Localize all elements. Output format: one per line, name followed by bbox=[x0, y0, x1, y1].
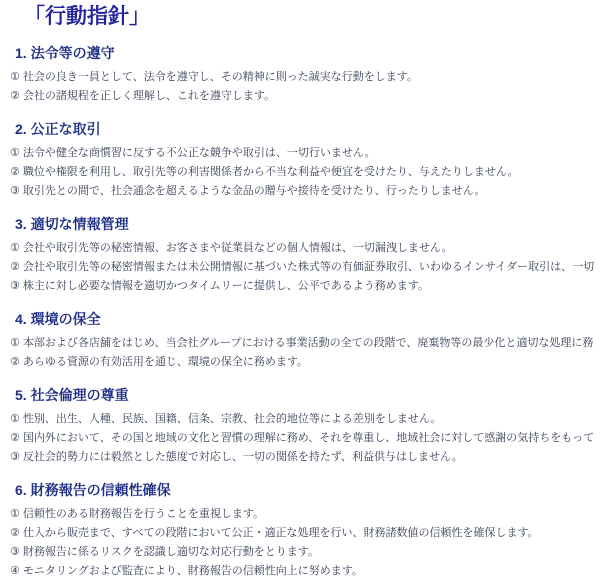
action-guidelines-page: 「行動指針」 1. 法令等の遵守 ① 社会の良き一員として、法令を遵守し、その精… bbox=[0, 0, 600, 583]
section-information-management: 3. 適切な情報管理 ① 会社や取引先等の秘密情報、お客さまや従業員などの個人情… bbox=[10, 217, 594, 296]
guideline-item: ④ モニタリングおよび監査により、財務報告の信頼性向上に努めます。 bbox=[10, 562, 594, 581]
section-heading: 4. 環境の保全 bbox=[15, 312, 594, 327]
guideline-item: ③ 取引先との間で、社会通念を超えるような金品の贈与や接待を受けたり、行ったりし… bbox=[10, 182, 594, 201]
section-legal-compliance: 1. 法令等の遵守 ① 社会の良き一員として、法令を遵守し、その精神に則った誠実… bbox=[10, 46, 594, 106]
page-title: 「行動指針」 bbox=[24, 4, 594, 30]
guideline-item: ② 職位や権限を利用し、取引先等の利害関係者から不当な利益や便宜を受けたり、与え… bbox=[10, 163, 594, 182]
section-heading: 5. 社会倫理の尊重 bbox=[15, 388, 594, 403]
guideline-item: ① 本部および各店舗をはじめ、当会社グループにおける事業活動の全ての段階で、廃棄… bbox=[10, 334, 594, 353]
guideline-item: ② 会社や取引先等の秘密情報または未公開情報に基づいた株式等の有価証券取引、いわ… bbox=[10, 258, 594, 277]
section-heading: 2. 公正な取引 bbox=[15, 122, 594, 137]
guideline-item: ③ 反社会的勢力には毅然とした態度で対応し、一切の関係を持たず、利益供与はしませ… bbox=[10, 448, 594, 467]
section-social-ethics: 5. 社会倫理の尊重 ① 性別、出生、人種、民族、国籍、信条、宗教、社会的地位等… bbox=[10, 388, 594, 467]
guideline-item: ② 国内外において、その国と地域の文化と習慣の理解に務め、それを尊重し、地域社会… bbox=[10, 429, 594, 448]
section-heading: 3. 適切な情報管理 bbox=[15, 217, 594, 232]
guideline-item: ① 社会の良き一員として、法令を遵守し、その精神に則った誠実な行動をします。 bbox=[10, 68, 594, 87]
section-environment: 4. 環境の保全 ① 本部および各店舗をはじめ、当会社グループにおける事業活動の… bbox=[10, 312, 594, 372]
section-heading: 6. 財務報告の信頼性確保 bbox=[15, 483, 594, 498]
section-financial-reporting: 6. 財務報告の信頼性確保 ① 信頼性のある財務報告を行うことを重視します。 ②… bbox=[10, 483, 594, 581]
guideline-item: ③ 株主に対し必要な情報を適切かつタイムリーに提供し、公平であるよう務めます。 bbox=[10, 277, 594, 296]
guideline-item: ② あらゆる資源の有効活用を通じ、環境の保全に務めます。 bbox=[10, 353, 594, 372]
guideline-item: ① 信頼性のある財務報告を行うことを重視します。 bbox=[10, 505, 594, 524]
guideline-item: ② 仕入から販売まで、すべての段階において公正・適正な処理を行い、財務諸数値の信… bbox=[10, 524, 594, 543]
guideline-item: ① 性別、出生、人種、民族、国籍、信条、宗教、社会的地位等による差別をしません。 bbox=[10, 410, 594, 429]
section-heading: 1. 法令等の遵守 bbox=[15, 46, 594, 61]
guideline-item: ③ 財務報告に係るリスクを認識し適切な対応行動をとります。 bbox=[10, 543, 594, 562]
guideline-item: ② 会社の諸規程を正しく理解し、これを遵守します。 bbox=[10, 87, 594, 106]
section-fair-trade: 2. 公正な取引 ① 法令や健全な商慣習に反する不公正な競争や取引は、一切行いま… bbox=[10, 122, 594, 201]
guideline-item: ① 法令や健全な商慣習に反する不公正な競争や取引は、一切行いません。 bbox=[10, 144, 594, 163]
guideline-item: ① 会社や取引先等の秘密情報、お客さまや従業員などの個人情報は、一切漏洩しません… bbox=[10, 239, 594, 258]
